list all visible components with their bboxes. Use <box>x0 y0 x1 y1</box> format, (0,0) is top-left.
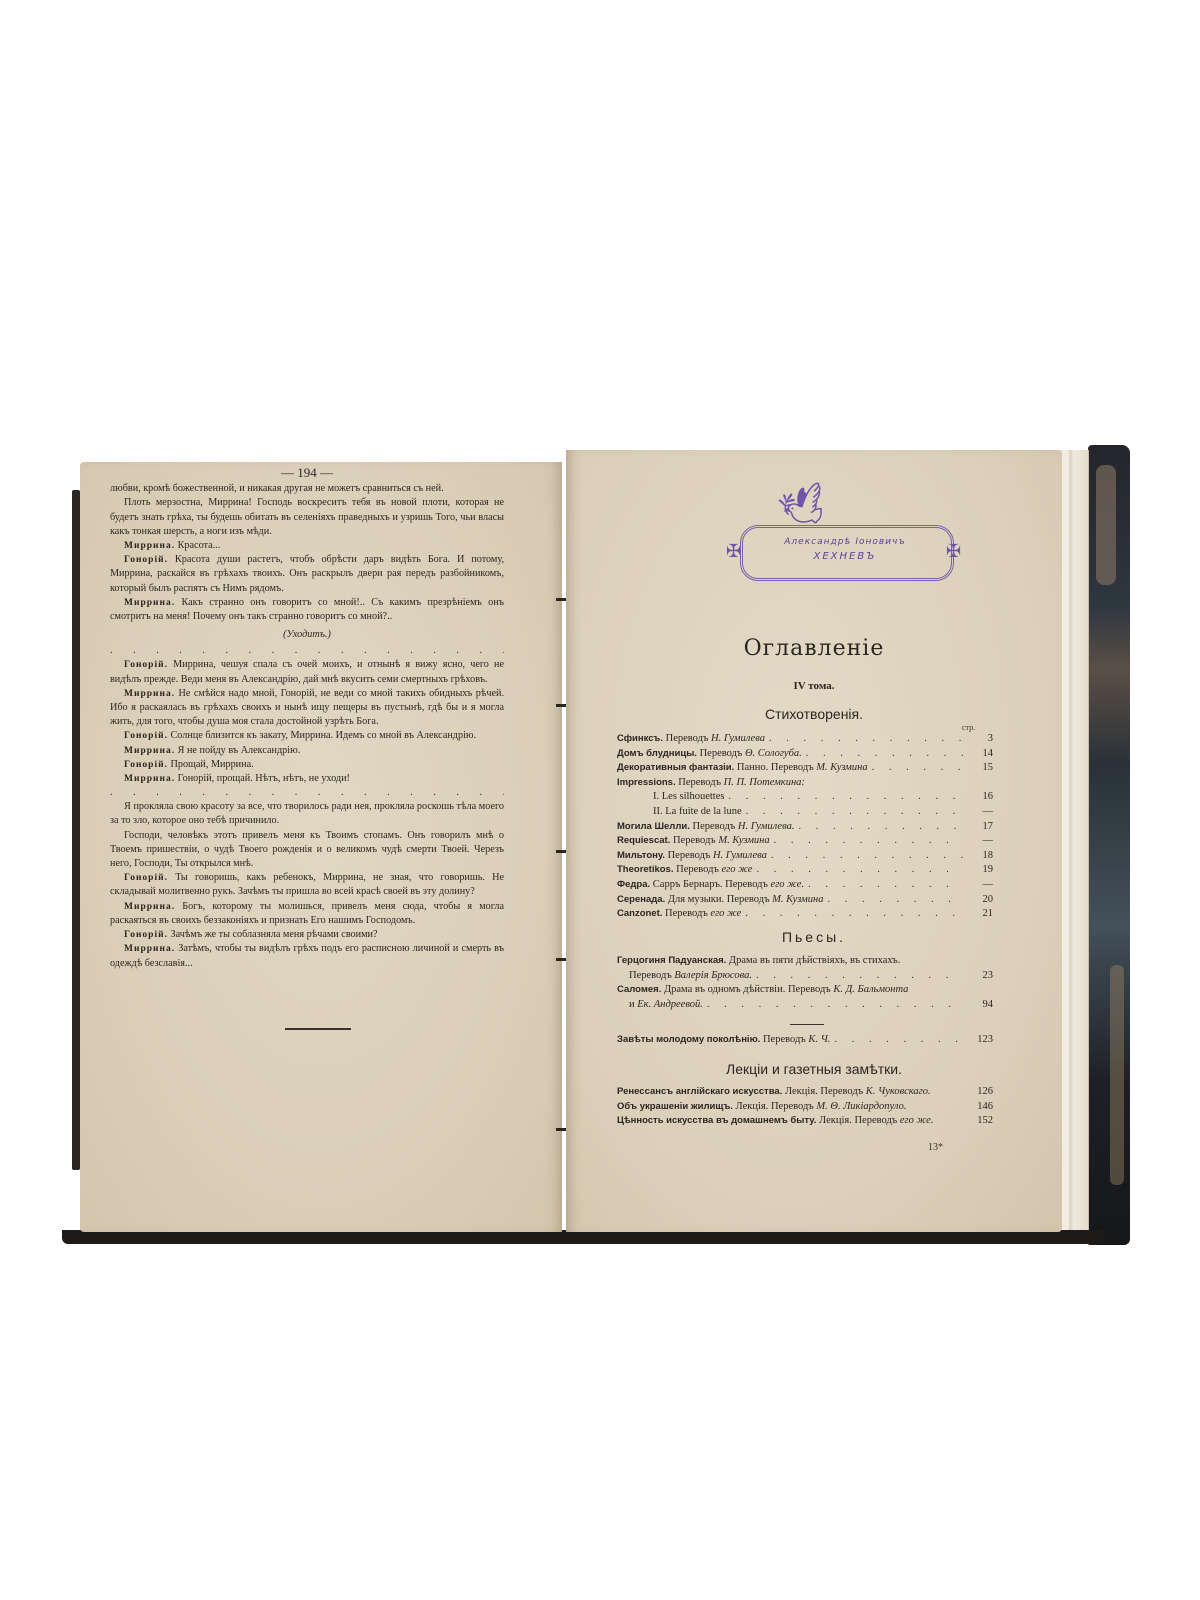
left-page-text: — 194 — любви, кромѣ божественной, и ник… <box>110 466 504 971</box>
toc-entry: Объ украшеніи жилищъ. Лекція. Переводъ М… <box>617 1100 993 1115</box>
end-rule <box>285 1028 351 1030</box>
toc-list-plays: Герцогиня Падуанская. Драма въ пяти дѣйс… <box>617 954 993 1012</box>
toc-page-number: 14 <box>967 747 993 762</box>
speaker-name: Миррина. <box>124 541 175 551</box>
toc-page-number: 15 <box>967 761 993 776</box>
toc-entry: Сфинксъ. Переводъ Н. Гумилева3 <box>617 732 993 747</box>
open-book: — 194 — любви, кромѣ божественной, и ник… <box>0 0 1200 1600</box>
speaker-name: Миррина. <box>124 746 175 756</box>
paragraph: Гонорій. Зачѣмъ же ты соблазняла меня рѣ… <box>110 928 504 942</box>
speaker-name: Миррина. <box>124 944 175 954</box>
ellipsis-divider: . . . . . . . . . . . . . . . . . . . . … <box>110 646 504 656</box>
paragraph: Гонорій. Миррина, чешуя спала съ очей мо… <box>110 658 504 686</box>
speaker-name: Гонорій. <box>124 555 168 565</box>
section-heading-poems: Стихотворенія. <box>566 706 1062 722</box>
stage-direction: (Уходитъ.) <box>110 628 504 642</box>
signature-mark: 13* <box>928 1142 943 1153</box>
dialogue-block-1: любви, кромѣ божественной, и никакая дру… <box>110 482 504 624</box>
toc-entry: Theoretikos. Переводъ его же19 <box>617 863 993 878</box>
paragraph: Миррина. Затѣмъ, чтобы ты видѣлъ грѣхъ п… <box>110 942 504 970</box>
toc-entry: Декоративныя фантазіи. Панно. Переводъ М… <box>617 761 993 776</box>
paragraph: Гонорій. Солнце близится къ закату, Мирр… <box>110 729 504 743</box>
speaker-name: Миррина. <box>124 689 175 699</box>
toc-entry: Мильтону. Переводъ Н. Гумилева18 <box>617 849 993 864</box>
toc-page-number: 3 <box>967 732 993 747</box>
toc-entry: Цѣнность искусства въ домашнемъ быту. Ле… <box>617 1114 993 1129</box>
toc-page-number: 23 <box>967 969 993 984</box>
toc-entry: и Ек. Андреевой.94 <box>617 998 993 1013</box>
ownership-stamp: 🕊 ✠ ✠ Александрѣ Іоновичъ ХЕХНЕВЪ <box>740 485 950 585</box>
toc-list-essays: Завѣты молодому поколѣнію. Переводъ К. Ч… <box>617 1033 993 1048</box>
speaker-name: Миррина. <box>124 902 175 912</box>
toc-page-number: 146 <box>967 1100 993 1115</box>
paragraph: любви, кромѣ божественной, и никакая дру… <box>110 482 504 496</box>
toc-entry: I. Les silhouettes16 <box>617 790 993 805</box>
toc-volume: IV тома. <box>566 680 1062 692</box>
binding-stitch <box>556 1128 566 1131</box>
toc-page-number: 126 <box>967 1085 993 1100</box>
toc-page-number: 94 <box>967 998 993 1013</box>
toc-entry: Impressions. Переводъ П. П. Потемкина: <box>617 776 993 791</box>
dialogue-block-2: Гонорій. Миррина, чешуя спала съ очей мо… <box>110 658 504 786</box>
paragraph: Миррина. Какъ странно онъ говоритъ со мн… <box>110 596 504 624</box>
binding-stitch <box>556 704 566 707</box>
book-cover-edge <box>62 1230 1104 1244</box>
toc-page-number: 152 <box>967 1114 993 1129</box>
binding-stitch <box>556 598 566 601</box>
paragraph: Я прокляла свою красоту за все, что твор… <box>110 800 504 828</box>
dialogue-block-3: Я прокляла свою красоту за все, что твор… <box>110 800 504 970</box>
page-number: — 194 — <box>110 466 504 480</box>
paragraph: Миррина. Богъ, которому ты молишься, при… <box>110 900 504 928</box>
toc-page-number: 21 <box>967 907 993 922</box>
paragraph: Гонорій. Ты говоришь, какъ ребенокъ, Мир… <box>110 871 504 899</box>
toc-entry: II. La fuite de la lune— <box>617 805 993 820</box>
book-cover-left-edge <box>72 490 80 1170</box>
paragraph: Миррина. Я не пойду въ Александрію. <box>110 744 504 758</box>
speaker-name: Гонорій. <box>124 873 168 883</box>
toc-entry: Переводъ Валерія Брюсова.23 <box>617 969 993 984</box>
section-rule <box>790 1024 824 1025</box>
toc-list-poems: Сфинксъ. Переводъ Н. Гумилева3Домъ блудн… <box>617 732 993 922</box>
speaker-name: Гонорій. <box>124 660 168 670</box>
paragraph: Гонорій. Прощай, Миррина. <box>110 758 504 772</box>
toc-entry: Requiescat. Переводъ М. Кузмина— <box>617 834 993 849</box>
toc-entry: Могила Шелли. Переводъ Н. Гумилева.17 <box>617 820 993 835</box>
stamp-owner-name: Александрѣ Іоновичъ <box>740 537 950 547</box>
toc-page-number: 18 <box>967 849 993 864</box>
section-heading-plays: Пьесы. <box>566 929 1062 945</box>
section-heading-lectures: Лекціи и газетныя замѣтки. <box>566 1061 1062 1077</box>
paragraph: Гонорій. Красота души растетъ, чтобъ обр… <box>110 553 504 596</box>
binding-stitch <box>556 958 566 961</box>
toc-page-number: 123 <box>967 1033 993 1048</box>
toc-page-number: 19 <box>967 863 993 878</box>
paragraph: Миррина. Гонорій, прощай. Нѣтъ, нѣтъ, не… <box>110 772 504 786</box>
toc-page-number: 16 <box>967 790 993 805</box>
speaker-name: Миррина. <box>124 774 175 784</box>
speaker-name: Гонорій. <box>124 930 168 940</box>
toc-page-number: 20 <box>967 893 993 908</box>
toc-title: Оглавленіе <box>566 636 1062 661</box>
toc-entry: Серенада. Для музыки. Переводъ М. Кузмин… <box>617 893 993 908</box>
paragraph: Плоть мерзостна, Миррина! Господь воскре… <box>110 496 504 539</box>
paragraph: Господи, человѣкъ этотъ привелъ меня къ … <box>110 829 504 872</box>
paragraph: Миррина. Не смѣйся надо мной, Гонорій, н… <box>110 687 504 730</box>
toc-entry: Ренессансъ англійскаго искусства. Лекція… <box>617 1085 993 1100</box>
toc-list-lectures: Ренессансъ англійскаго искусства. Лекція… <box>617 1085 993 1129</box>
toc-page-number: — <box>967 878 993 893</box>
binding-stitch <box>556 850 566 853</box>
toc-page-number: — <box>967 805 993 820</box>
ellipsis-divider: . . . . . . . . . . . . . . . . . . . . … <box>110 788 504 798</box>
speaker-name: Гонорій. <box>124 760 168 770</box>
book-cover-spine <box>1088 445 1130 1245</box>
speaker-name: Гонорій. <box>124 731 168 741</box>
speaker-name: Миррина. <box>124 598 175 608</box>
toc-page-number: — <box>967 834 993 849</box>
toc-entry: Федра. Сарръ Бернаръ. Переводъ его же.— <box>617 878 993 893</box>
toc-page-number: 17 <box>967 820 993 835</box>
toc-entry: Canzonet. Переводъ его же21 <box>617 907 993 922</box>
page-column-label: стр. <box>962 723 975 732</box>
toc-entry: Домъ блудницы. Переводъ Θ. Сологуба.14 <box>617 747 993 762</box>
fleur-icon: ✠ <box>726 541 741 562</box>
stamp-owner-surname: ХЕХНЕВЪ <box>740 551 950 562</box>
toc-entry: Завѣты молодому поколѣнію. Переводъ К. Ч… <box>617 1033 993 1048</box>
paragraph: Миррина. Красота... <box>110 539 504 553</box>
toc-entry: Герцогиня Падуанская. Драма въ пяти дѣйс… <box>617 954 993 969</box>
toc-entry: Саломея. Драма въ одномъ дѣйствіи. Перев… <box>617 983 993 998</box>
